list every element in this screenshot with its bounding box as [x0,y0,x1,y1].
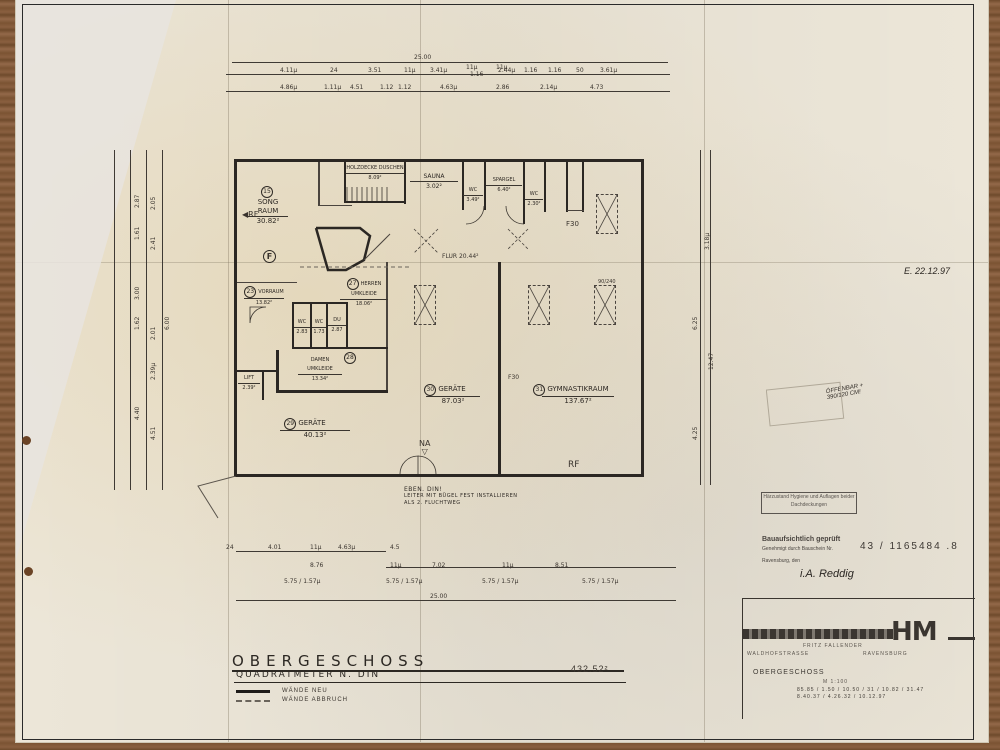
sheet-name: OBERGESCHOSS [753,669,825,676]
dimension-label: 1.62 [134,317,141,330]
approval-place-date: Ravensburg, den [762,558,800,564]
rf-marker-bottom: RF [568,460,579,470]
room-area: 8.09² [346,173,404,183]
legend-dashed-wall-swatch [236,700,270,702]
skylight-opening [528,285,550,325]
dimension-label: 1.11µ [324,84,341,91]
room-15: 15SONG RAUM30.82² [248,186,288,226]
room-name: LIFT [244,375,254,381]
room-number: 23 [244,286,256,298]
room-area: 2.87 [328,325,346,335]
room-name: WC [469,187,477,193]
dimension-label: 24 [226,544,234,551]
dimension-label: 1.16 [524,67,537,74]
na-marker: NA▽ [419,440,430,456]
dimension-label: 6.00 [164,317,171,330]
title-block: HM FRITZ FALLENDER WALDHOFSTRASSE RAVENS… [742,598,975,719]
dimension-label: 2.44µ [498,67,515,74]
room-16: HOLZDECKE DUSCHEN8.09² [346,164,404,183]
room-area: 13.34² [298,374,342,384]
dimension-label: 1.12 [398,84,411,91]
room-area: 87.03² [426,396,480,406]
exterior-wall-bottom [234,474,644,477]
room-name: WC [298,319,306,325]
room-28: DAMEN UMKLEIDE13.34² [298,356,342,384]
dimension-label: 11µ [390,562,401,569]
overall-width-label: 25.00 [414,54,431,61]
room-name: GERÄTE [298,419,325,427]
dimension-label: 4.5 [390,544,400,551]
wc-wall [566,162,568,212]
legend-demolished-walls-label: WÄNDE ABBRUCH [282,697,348,703]
room-area: 6.40² [486,185,522,195]
room-area: 13.82² [244,298,284,308]
dimension-label: 4.51 [150,427,157,440]
inspection-stamp-box: Härzustand Hygiene und Auflagen beider D… [761,492,857,514]
dimension-label: 3.41µ [430,67,447,74]
room-name: GYMNASTIKRAUM [547,385,608,393]
architect-city: RAVENSBURG [863,651,908,657]
dimension-label: 3.61µ [600,67,617,74]
corridor-label: FLUR 20.44² [442,253,479,260]
logo-rule [948,637,975,640]
room-27: 27HERREN UMKLEIDE18.06² [340,278,388,309]
room-number: 15 [261,186,273,198]
dimension-label: 11µ [502,562,513,569]
rf-marker-left: ◀RF [242,210,258,219]
exterior-wall-left [234,159,237,477]
room-24: WC2.83 [294,318,310,337]
title-block-line: M 1:100 [823,679,848,685]
room-17: SAUNA3.02² [410,172,458,191]
approval-heading: Bauaufsichtlich geprüft [762,536,840,543]
dimension-label: 4.25 [692,427,699,440]
room-31: 31GYMNASTIKRAUM137.67² [528,384,614,406]
room-area: 2.83 [294,327,310,337]
room-area: 137.67² [542,396,614,406]
drawing-subtitle: QUADRATMETER N. DIN [236,670,380,680]
exterior-projection [196,476,240,526]
f30-marker: F30 [566,220,579,228]
room-name: SPARGEL [493,177,516,183]
dimension-label: 5.75 / 1.57µ [482,578,512,585]
dimension-label: 11µ [466,64,477,71]
room-name: SONG RAUM [258,198,279,215]
room-20: SPARGEL6.40² [486,176,522,195]
room-23: 23VORRAUM13.82² [244,286,284,308]
total-area-value: 432.52² [571,664,609,674]
dimension-label: 4.11µ [280,67,297,74]
room-number: 28 [344,352,356,364]
rf-label: RF [248,210,258,219]
dimension-label: 2.41 [150,237,157,250]
title-block-line: 85.85 / 1.50 / 10.50 / 31 / 10.82 / 31.4… [797,687,924,693]
stamp-text: Härzustand Hygiene und Auflagen beider D… [763,494,854,508]
faint-sketch-box [766,378,846,428]
dimension-label: 50 [576,67,584,74]
room-name: DU [333,317,341,323]
title-block-bar [743,629,893,639]
dimension-label: 4.63µ [338,544,355,551]
corridor-markings [408,225,558,265]
room-26: DU2.87 [328,316,346,335]
wc-wall [544,162,546,212]
dimension-label: 3.00 [134,287,141,300]
room-area: 1.73 [312,327,326,337]
room-18: WC3.49² [463,186,483,205]
handwritten-date: E. 22.12.97 [904,266,950,276]
room-29: 29GERÄTE40.13² [260,418,350,440]
skylight-opening [594,285,616,325]
room-number: 29 [284,418,296,430]
approval-line: Genehmigt durch Bauschein Nr. [762,546,833,552]
lift-shaft-wall [567,210,584,211]
dimension-label: 12.47 [708,353,715,370]
room-25: WC1.73 [312,318,326,337]
dimension-label: 5.75 / 1.57µ [284,578,314,585]
room-30: 30GERÄTE87.03² [410,384,480,406]
architect-logo: HM [891,617,937,647]
door[interactable] [505,205,525,225]
dimension-label: 4.63µ [440,84,457,91]
partition-wall [292,347,388,349]
legend-solid-wall-swatch [236,690,270,693]
dimension-label: 1.16 [548,67,561,74]
door[interactable] [248,305,268,325]
dimension-label: 7.02 [432,562,445,569]
skylight-size-label: 90/240 [598,279,616,285]
exterior-wall-right [641,159,644,477]
partition-wall [498,262,501,476]
stair-wall [318,162,320,206]
dimension-label: 4.51 [350,84,363,91]
dimension-label: 4.86µ [280,84,297,91]
punch-hole [24,567,33,576]
dimension-label: 2.05 [150,197,157,210]
f30-marker: F30 [508,374,519,381]
room-area: 18.06² [340,299,388,309]
room-21: WC2.30² [525,190,543,209]
skylight-opening [414,285,436,325]
dimension-label: 3.18µ [704,233,711,250]
room-number: 31 [533,384,545,396]
dimension-label: 1.12 [380,84,393,91]
dimension-label: 2.39µ [150,363,157,380]
dimension-label: 5.75 / 1.57µ [582,578,612,585]
room-number: 30 [424,384,436,396]
lift-shaft-wall [582,162,584,212]
dimension-label: 11µ [404,67,415,74]
room-name: HOLZDECKE DUSCHEN [346,165,403,171]
room-name: DAMEN UMKLEIDE [307,357,333,372]
fire-extinguisher-marker: F [263,250,276,263]
dimension-label: 11µ [310,544,321,551]
title-block-line: 8.40.37 / 4.26.32 / 10.12.97 [797,694,886,700]
room-name: VORRAUM [258,289,283,295]
architect-name: FRITZ FALLENDER [803,643,863,649]
skylight-opening [596,194,618,234]
room-area: 40.13² [280,430,350,440]
room-name: WC [315,319,323,325]
architect-street: WALDHOFSTRASSE [747,651,809,657]
room-area: 2.30² [525,199,543,209]
install-note: EBEN. DIN! [404,486,442,493]
stair-wall [318,205,352,206]
signature: i.A. Reddig [800,568,854,580]
room-name: GERÄTE [438,385,465,393]
dimension-label: 1.16 [470,71,483,78]
stair-treads [345,187,405,201]
room-name: SAUNA [423,173,444,180]
overall-width-label: 25.00 [430,593,447,600]
dimension-label: 5.75 / 1.57µ [386,578,416,585]
room-area: 3.02² [410,181,458,191]
dimension-label: 4.01 [268,544,281,551]
dimension-label: 3.51 [368,67,381,74]
dimension-label: 2.01 [150,327,157,340]
punch-hole [22,436,31,445]
subtitle-underline [234,682,626,683]
stair-wall [344,201,404,203]
room-28-number: 28 [344,352,358,364]
dimension-label: 24 [330,67,338,74]
dimension-label: 2.86 [496,84,509,91]
install-note: LEITER MIT BÜGEL FEST INSTALLIEREN [404,493,518,499]
room-lift: LIFT2.39² [238,374,260,393]
dimension-label: 1.61 [134,227,141,240]
drawing-title: OBERGESCHOSS [232,652,429,670]
install-note: ALS 2. FLUCHTWEG [404,500,461,506]
dimension-label: 6.25 [692,317,699,330]
approval-number: 43 / 1165484 .8 [860,541,959,552]
dimension-label: 4.40 [134,407,141,420]
room-name: WC [530,191,538,197]
lift-wall [237,370,277,372]
dimension-label: 2.87 [134,195,141,208]
dimension-label: 4.73 [590,84,603,91]
dimension-label: 2.14µ [540,84,557,91]
dimension-label: 8.51 [555,562,568,569]
legend-new-walls-label: WÄNDE NEU [282,688,328,694]
partition-wall [276,390,388,393]
lift-wall [262,370,264,400]
room-number: 27 [347,278,359,290]
room-area: 2.39² [238,383,260,393]
room-area: 3.49² [463,195,483,205]
dimension-label: 8.76 [310,562,323,569]
partition-wall [237,282,297,283]
door[interactable] [465,205,485,225]
na-label: NA [419,439,430,448]
